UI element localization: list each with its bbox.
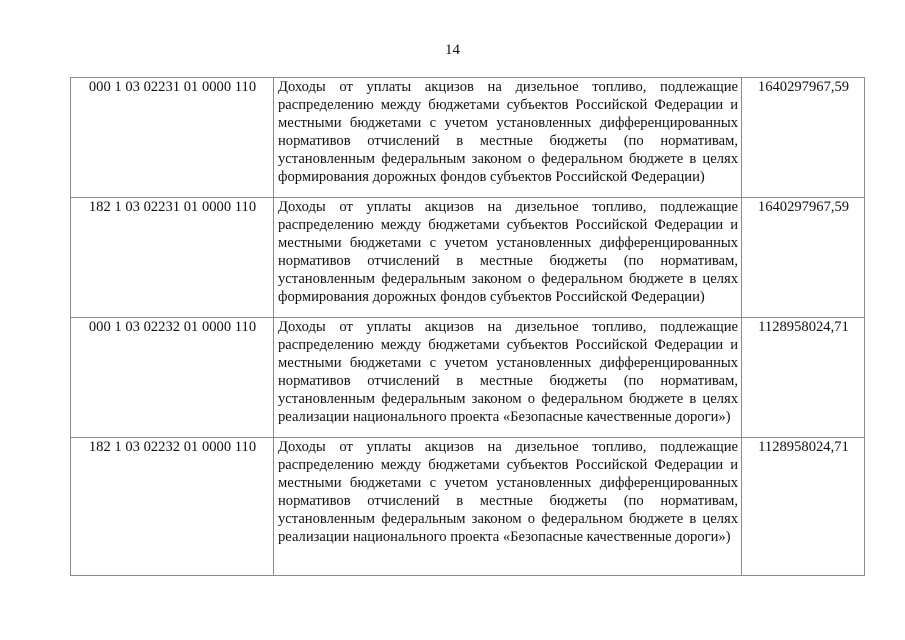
budget-classification-code: 182 1 03 02231 01 0000 110: [71, 198, 274, 318]
table-row: 182 1 03 02232 01 0000 110 Доходы от упл…: [71, 438, 865, 576]
revenue-amount: 1128958024,71: [742, 318, 865, 438]
revenue-description: Доходы от уплаты акцизов на дизельное то…: [274, 438, 742, 576]
table-row: 000 1 03 02231 01 0000 110 Доходы от упл…: [71, 78, 865, 198]
table-row: 182 1 03 02231 01 0000 110 Доходы от упл…: [71, 198, 865, 318]
revenue-description: Доходы от уплаты акцизов на дизельное то…: [274, 318, 742, 438]
revenue-description: Доходы от уплаты акцизов на дизельное то…: [274, 198, 742, 318]
page-number: 14: [0, 41, 905, 59]
revenue-amount: 1640297967,59: [742, 198, 865, 318]
revenue-amount: 1128958024,71: [742, 438, 865, 576]
budget-classification-code: 182 1 03 02232 01 0000 110: [71, 438, 274, 576]
revenue-table: 000 1 03 02231 01 0000 110 Доходы от упл…: [70, 77, 865, 576]
budget-classification-code: 000 1 03 02232 01 0000 110: [71, 318, 274, 438]
table-row: 000 1 03 02232 01 0000 110 Доходы от упл…: [71, 318, 865, 438]
budget-classification-code: 000 1 03 02231 01 0000 110: [71, 78, 274, 198]
revenue-amount: 1640297967,59: [742, 78, 865, 198]
revenue-description: Доходы от уплаты акцизов на дизельное то…: [274, 78, 742, 198]
